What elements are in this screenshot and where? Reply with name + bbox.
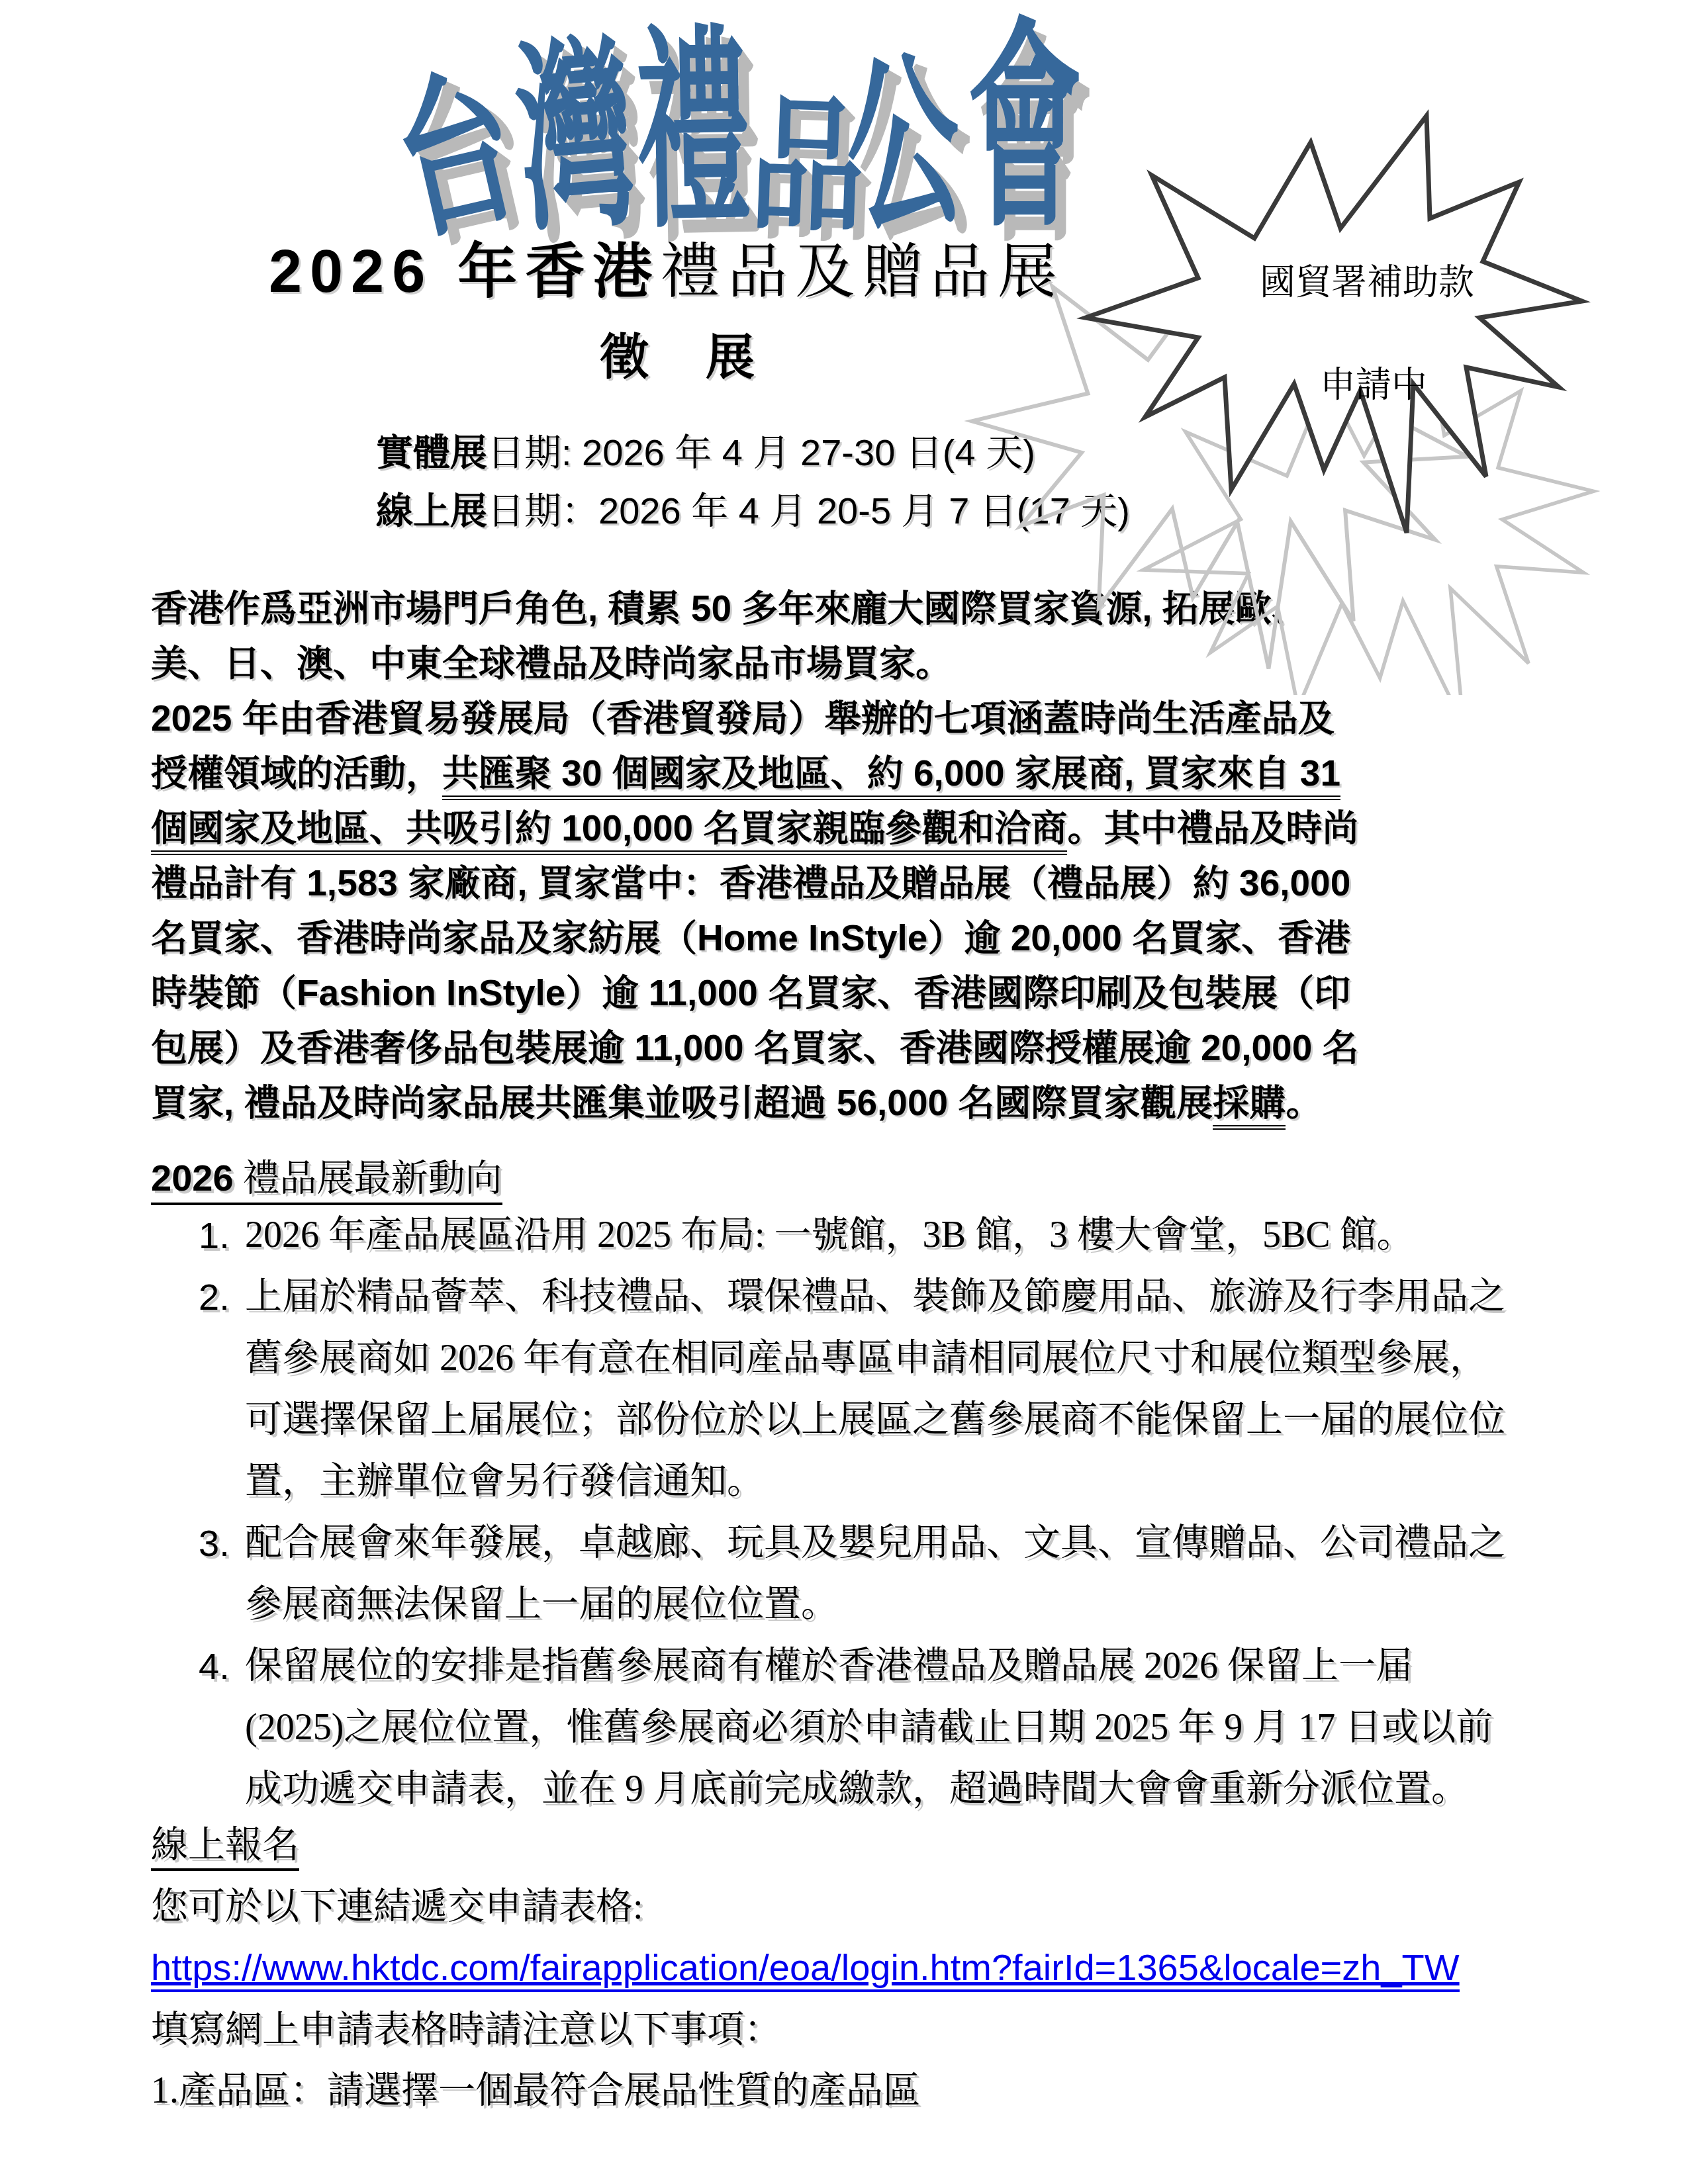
section-heading-underline: 2026 禮品展最新動向: [151, 1157, 502, 1205]
stats-line: 時裝節（Fashion InStyle）逾 11,000 名買家、香港國際印刷及…: [151, 966, 1359, 1021]
item-number: 3.: [199, 1512, 230, 1574]
org-title-char: 台: [381, 61, 527, 252]
stats-line: 包展）及香港奢侈品包裝展逾 11,000 名買家、香港國際授權展逾 20,000…: [151, 1021, 1359, 1075]
stats-line: 授權領域的活動，共匯聚 30 個國家及地區、約 6,000 家展商, 買家來自 …: [151, 746, 1359, 801]
signup-heading: 線上報名: [151, 1815, 1460, 1876]
list-item-4: 4.保留展位的安排是指舊參展商有權於香港禮品及贈品展 2026 保留上一届: [199, 1635, 1505, 1697]
list-line-text: 置，主辦單位會另行發信通知。: [245, 1461, 764, 1502]
signup-note: 填寫網上申請表格時請注意以下事項：: [151, 1999, 1460, 2061]
list-item-3: 3.配合展會來年發展，卓越廊、玩具及嬰兒用品、文具、宣傳贈品、公司禮品之: [199, 1512, 1505, 1574]
list-line: 置，主辦單位會另行發信通知。: [199, 1451, 1505, 1512]
signup-link-line: https://www.hktdc.com/fairapplication/eo…: [151, 1937, 1460, 1999]
fair-dates: 實體展日期: 2026 年 4 月 27-30 日(4 天) 線上展日期：202…: [376, 424, 1130, 540]
section-heading: 2026 禮品展最新動向: [151, 1149, 502, 1202]
org-title-char: 會: [968, 18, 1078, 240]
signup-heading-text: 線上報名: [151, 1825, 299, 1871]
signup-item: 1.產品區：請選擇一個最符合展品性質的產品區: [151, 2060, 1460, 2122]
stats-text: 。: [1286, 1082, 1322, 1123]
stats-text: 買家, 禮品及時尚家品展共匯集並吸引超過 56,000 名國際買家觀展: [151, 1082, 1213, 1123]
starburst-shape: [1086, 116, 1582, 533]
list-line: (2025)之展位位置，惟舊參展商必須於申請截止日期 2025 年 9 月 17…: [199, 1697, 1505, 1758]
list-line-text: 參展商無法保留上一届的展位位置。: [245, 1584, 838, 1625]
stats-text: 。其中禮品及時尚: [1067, 807, 1358, 848]
section-heading-year: 2026: [151, 1157, 234, 1199]
list-line-text: 可選擇保留上届展位；部份位於以上展區之舊參展商不能保留上一届的展位位: [245, 1399, 1505, 1440]
numbered-list: 1.2026 年產品展區沿用 2025 布局: 一號館，3B 館，3 樓大會堂，…: [199, 1205, 1505, 1820]
stats-line: 2025 年由香港貿易發展局（香港貿發局）舉辦的七項涵蓋時尚生活產品及: [151, 691, 1359, 746]
application-link[interactable]: https://www.hktdc.com/fairapplication/eo…: [151, 1946, 1460, 1992]
stats-line: 禮品計有 1,583 家廠商, 買家當中：香港禮品及贈品展（禮品展）約 36,0…: [151, 856, 1359, 911]
list-item-1: 1.2026 年產品展區沿用 2025 布局: 一號館，3B 館，3 樓大會堂，…: [199, 1205, 1505, 1266]
list-line: 上届於精品薈萃、科技禮品、環保禮品、裝飾及節慶用品、旅游及行李用品之: [245, 1276, 1505, 1317]
physical-fair-date: 實體展日期: 2026 年 4 月 27-30 日(4 天): [376, 424, 1130, 482]
list-line-text: 成功遞交申請表，並在 9 月底前完成繳款，超過時間大會會重新分派位置。: [245, 1768, 1468, 1809]
stats-line: 買家, 禮品及時尚家品展共匯集並吸引超過 56,000 名國際買家觀展採購。: [151, 1075, 1359, 1130]
starburst-line1: 國貿署補助款: [1260, 263, 1474, 302]
event-title-year: 2026 年香港: [269, 239, 660, 305]
list-item-2: 2.上届於精品薈萃、科技禮品、環保禮品、裝飾及節慶用品、旅游及行李用品之: [199, 1266, 1505, 1328]
event-title: 2026 年香港禮品及贈品展: [269, 238, 1065, 307]
document-page: 台 灣 禮 品 公 會 2026 年香港禮品及贈品展 徵 展 實體展日期: 20…: [0, 0, 1688, 2184]
starburst-line2: 申請中: [1320, 365, 1427, 405]
org-title-char: 禮: [634, 24, 748, 240]
list-line: 可選擇保留上届展位；部份位於以上展區之舊參展商不能保留上一届的展位位: [199, 1389, 1505, 1451]
stats-line: 個國家及地區、共吸引約 100,000 名買家親臨參觀和洽商。其中禮品及時尚: [151, 801, 1359, 856]
item-number: 1.: [199, 1205, 230, 1266]
list-line: 配合展會來年發展，卓越廊、玩具及嬰兒用品、文具、宣傳贈品、公司禮品之: [245, 1522, 1505, 1563]
signup-section: 線上報名 您可於以下連結遞交申請表格: https://www.hktdc.co…: [151, 1815, 1460, 2122]
event-title-name: 禮品及贈品展: [660, 239, 1065, 305]
intro-line: 香港作爲亞洲市場門戶角色, 積累 50 多年來龐大國際買家資源, 拓展歐、: [151, 581, 1308, 636]
stats-text: 授權領域的活動，: [151, 752, 442, 794]
intro-line: 美、日、澳、中東全球禮品及時尚家品市場買家。: [151, 636, 1308, 691]
physical-fair-date-label: 實體展: [376, 432, 487, 473]
signup-intro: 您可於以下連結遞交申請表格:: [151, 1876, 1460, 1938]
list-line: 2026 年產品展區沿用 2025 布局: 一號館，3B 館，3 樓大會堂，5B…: [245, 1214, 1414, 1255]
list-line: 成功遞交申請表，並在 9 月底前完成繳款，超過時間大會會重新分派位置。: [199, 1758, 1505, 1820]
org-title-char: 灣: [511, 33, 638, 244]
underlined-stat: 共匯聚 30 個國家及地區、約 6,000 家展商, 買家來自 31: [442, 752, 1340, 800]
underlined-stat: 採購: [1213, 1082, 1286, 1130]
list-line: 保留展位的安排是指舊參展商有權於香港禮品及贈品展 2026 保留上一届: [245, 1645, 1413, 1686]
stats-line: 名買家、香港時尚家品及家紡展（Home InStyle）逾 20,000 名買家…: [151, 911, 1359, 966]
list-line-text: (2025)之展位位置，惟舊參展商必須於申請截止日期 2025 年 9 月 17…: [245, 1707, 1493, 1748]
list-line-text: 舊參展商如 2026 年有意在相同産品專區申請相同展位尺寸和展位類型參展，: [245, 1338, 1487, 1379]
list-line: 舊參展商如 2026 年有意在相同産品專區申請相同展位尺寸和展位類型參展，: [199, 1328, 1505, 1389]
underlined-stat: 個國家及地區、共吸引約 100,000 名買家親臨參觀和洽商: [151, 807, 1067, 855]
org-title-char: 公: [835, 46, 967, 246]
recruit-label: 徵 展: [269, 328, 1090, 387]
org-title: 台 灣 禮 品 公 會: [367, 0, 1129, 240]
intro-paragraph: 香港作爲亞洲市場門戶角色, 積累 50 多年來龐大國際買家資源, 拓展歐、 美、…: [151, 581, 1308, 691]
stats-paragraph: 2025 年由香港貿易發展局（香港貿發局）舉辦的七項涵蓋時尚生活產品及 授權領域…: [151, 691, 1359, 1130]
list-line: 參展商無法保留上一届的展位位置。: [199, 1574, 1505, 1635]
item-number: 2.: [199, 1266, 230, 1328]
section-heading-text: 禮品展最新動向: [234, 1158, 502, 1199]
online-fair-date-value: 日期：2026 年 4 月 20-5 月 7 日(17 天): [487, 490, 1130, 531]
item-number: 4.: [199, 1635, 230, 1697]
online-fair-date-label: 線上展: [376, 490, 487, 531]
physical-fair-date-value: 日期: 2026 年 4 月 27-30 日(4 天): [487, 432, 1035, 473]
online-fair-date: 線上展日期：2026 年 4 月 20-5 月 7 日(17 天): [376, 482, 1130, 540]
